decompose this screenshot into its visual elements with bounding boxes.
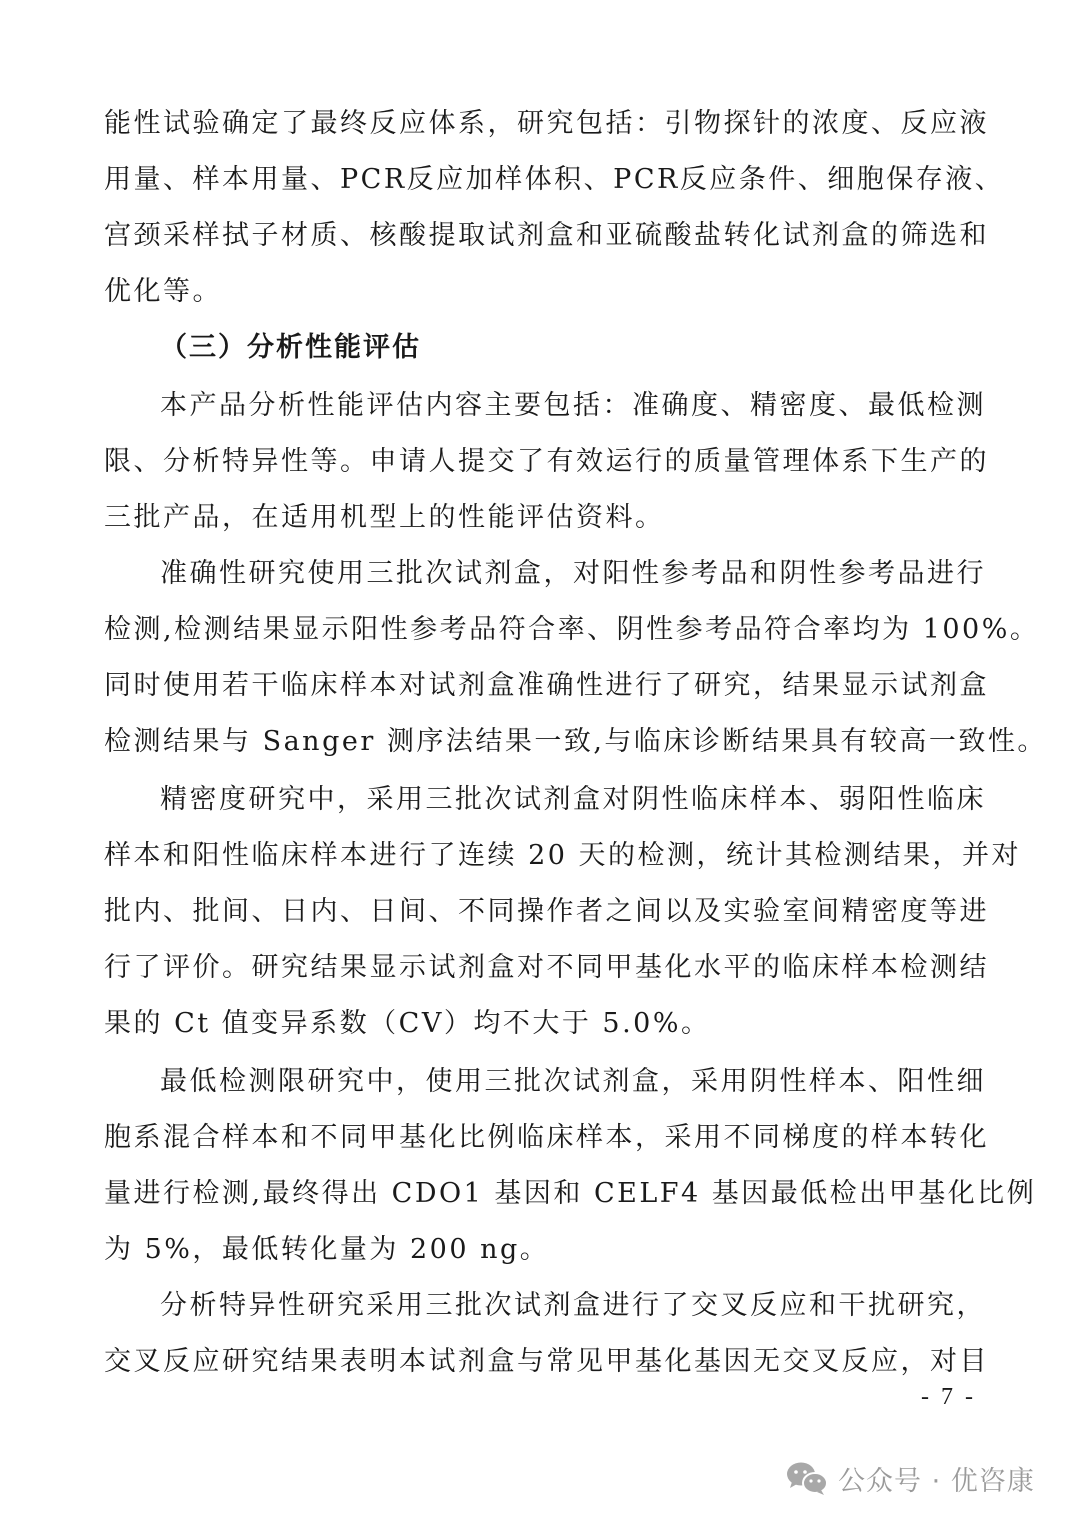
text-line: 用量、样本用量、PCR反应加样体积、PCR反应条件、细胞保存液、	[104, 152, 976, 208]
text-line: 准确性研究使用三批次试剂盒，对阳性参考品和阴性参考品进行	[160, 546, 976, 602]
text-line: 为 5%，最低转化量为 200 ng。	[104, 1222, 549, 1278]
text-line: 三批产品，在适用机型上的性能评估资料。	[104, 490, 665, 546]
text-line: 检测结果与 Sanger 测序法结果一致,与临床诊断结果具有较高一致性。	[104, 714, 976, 770]
watermark: 公众号 · 优咨康	[786, 1458, 1035, 1498]
wechat-icon	[786, 1461, 828, 1495]
section-heading: （三）分析性能评估	[160, 320, 421, 376]
text-line: 果的 Ct 值变异系数（CV）均不大于 5.0%。	[104, 996, 711, 1052]
text-line: 行了评价。研究结果显示试剂盒对不同甲基化水平的临床样本检测结	[104, 940, 976, 996]
watermark-text: 公众号 · 优咨康	[838, 1459, 1035, 1498]
page-number: - 7 -	[921, 1384, 976, 1411]
text-line: 本产品分析性能评估内容主要包括：准确度、精密度、最低检测	[160, 378, 976, 434]
text-line: 检测,检测结果显示阳性参考品符合率、阴性参考品符合率均为 100%。	[104, 602, 976, 658]
text-line: 宫颈采样拭子材质、核酸提取试剂盒和亚硫酸盐转化试剂盒的筛选和	[104, 208, 976, 264]
text-line: 同时使用若干临床样本对试剂盒准确性进行了研究，结果显示试剂盒	[104, 658, 976, 714]
text-line: 量进行检测,最终得出 CDO1 基因和 CELF4 基因最低检出甲基化比例	[104, 1166, 976, 1222]
text-line: 胞系混合样本和不同甲基化比例临床样本，采用不同梯度的样本转化	[104, 1110, 976, 1166]
text-line: 最低检测限研究中，使用三批次试剂盒，采用阴性样本、阳性细	[160, 1054, 976, 1110]
text-line: 批内、批间、日内、日间、不同操作者之间以及实验室间精密度等进	[104, 884, 976, 940]
text-line: 分析特异性研究采用三批次试剂盒进行了交叉反应和干扰研究，	[160, 1278, 976, 1334]
text-line: 样本和阳性临床样本进行了连续 20 天的检测，统计其检测结果，并对	[104, 828, 976, 884]
text-line: 限、分析特异性等。申请人提交了有效运行的质量管理体系下生产的	[104, 434, 976, 490]
text-line: 能性试验确定了最终反应体系，研究包括：引物探针的浓度、反应液	[104, 96, 976, 152]
text-line: 精密度研究中，采用三批次试剂盒对阴性临床样本、弱阳性临床	[160, 772, 976, 828]
text-line: 交叉反应研究结果表明本试剂盒与常见甲基化基因无交叉反应，对目	[104, 1334, 976, 1390]
text-line: 优化等。	[104, 264, 222, 320]
